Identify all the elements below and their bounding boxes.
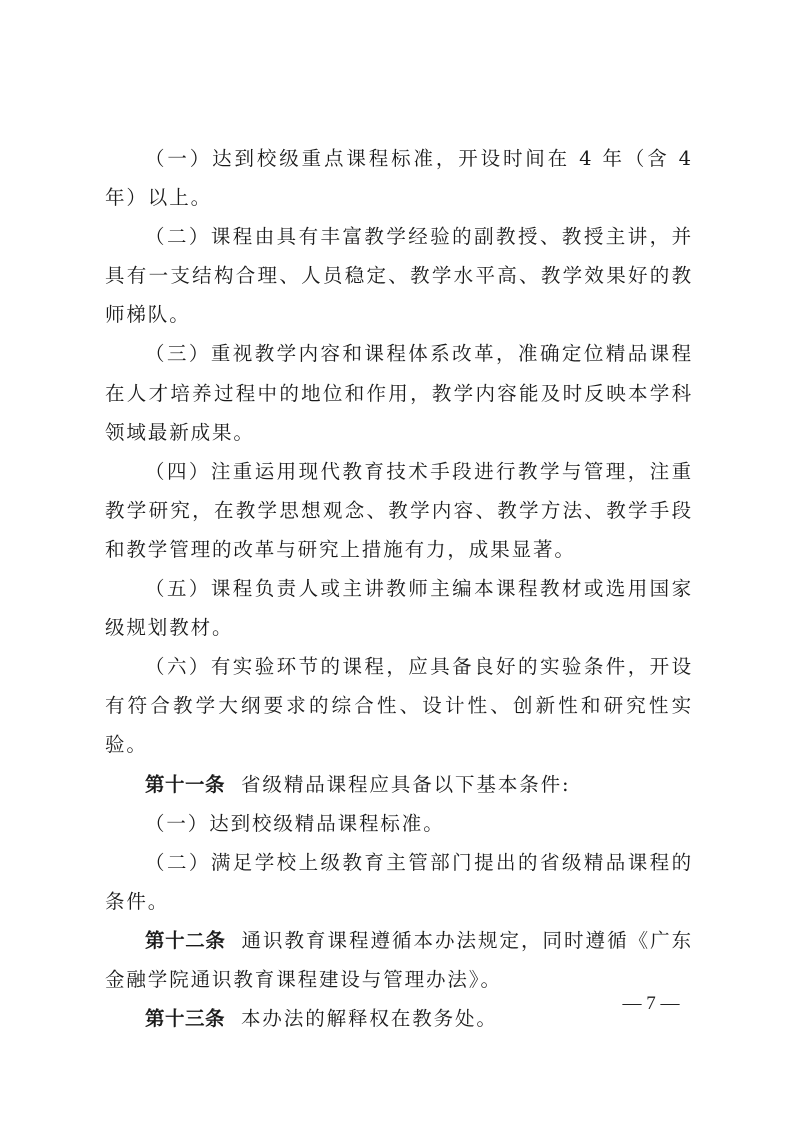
document-body: （一）达到校级重点课程标准，开设时间在 4 年（含 4 年）以上。 （二）课程由… [105,139,693,1038]
list-item-3: （三）重视教学内容和课程体系改革，准确定位精品课程在人才培养过程中的地位和作用，… [105,334,693,451]
article-label: 第十一条 [145,773,225,796]
list-item-6: （六）有实验环节的课程，应具备良好的实验条件，开设有符合教学大纲要求的综合性、设… [105,647,693,764]
list-item-1: （一）达到校级重点课程标准，开设时间在 4 年（含 4 年）以上。 [105,139,693,217]
article-13: 第十三条本办法的解释权在教务处。 [105,999,693,1038]
list-item-4: （四）注重运用现代教育技术手段进行教学与管理，注重教学研究，在教学思想观念、教学… [105,452,693,569]
list-item-5: （五）课程负责人或主讲教师主编本课程教材或选用国家级规划教材。 [105,569,693,647]
article-12: 第十二条通识教育课程遵循本办法规定，同时遵循《广东金融学院通识教育课程建设与管理… [105,921,693,999]
list-item-7: （一）达到校级精品课程标准。 [105,804,693,843]
article-11: 第十一条省级精品课程应具备以下基本条件: [105,765,693,804]
article-text: 省级精品课程应具备以下基本条件: [241,773,570,796]
list-item-2: （二）课程由具有丰富教学经验的副教授、教授主讲，并具有一支结构合理、人员稳定、教… [105,217,693,334]
article-label: 第十三条 [145,1007,225,1030]
document-page: （一）达到校级重点课程标准，开设时间在 4 年（含 4 年）以上。 （二）课程由… [0,0,793,1122]
article-label: 第十二条 [145,929,225,952]
list-item-8: （二）满足学校上级教育主管部门提出的省级精品课程的条件。 [105,843,693,921]
article-text: 本办法的解释权在教务处。 [241,1007,498,1030]
page-number: — 7 — [611,993,691,1015]
